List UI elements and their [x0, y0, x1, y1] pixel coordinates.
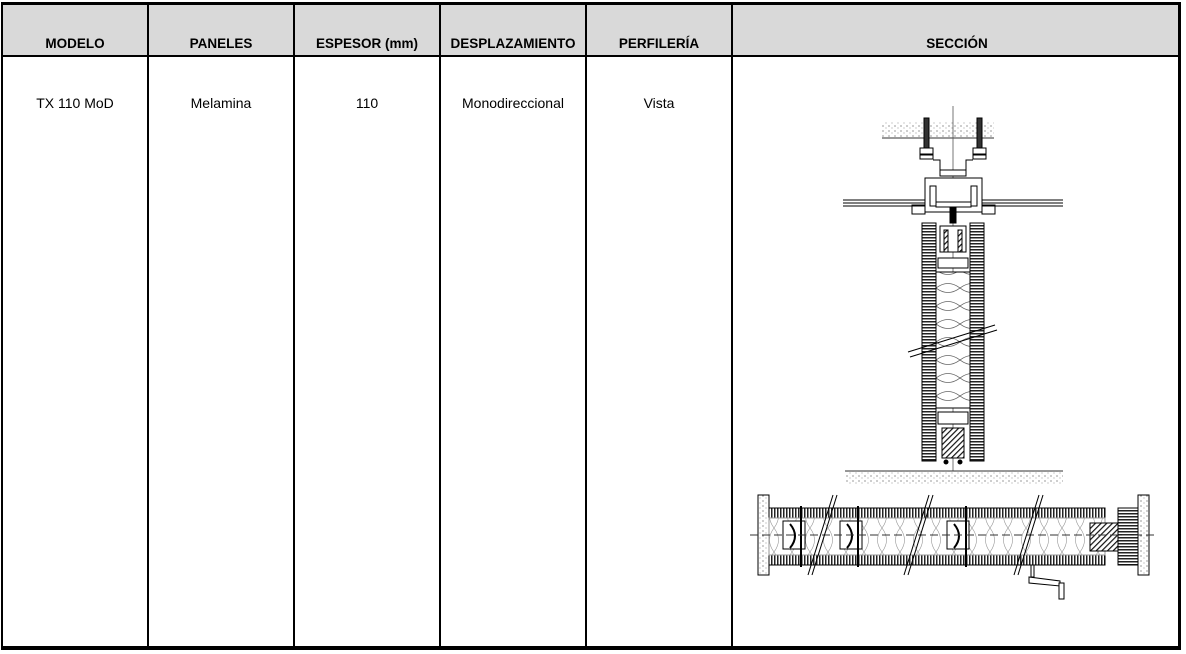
vertical-section — [843, 106, 1063, 485]
spec-table: MODELO PANELES ESPESOR (mm) DESPLAZAMIEN… — [0, 0, 1186, 654]
cell-paneles: Melamina — [149, 94, 293, 112]
header-divider — [3, 55, 1180, 57]
plan-section — [750, 495, 1156, 599]
cell-espesor: 110 — [295, 94, 439, 112]
header-seccion: SECCIÓN — [733, 35, 1181, 53]
cell-desplazamiento: Monodireccional — [441, 94, 585, 112]
header-modelo: MODELO — [3, 35, 147, 53]
header-espesor: ESPESOR (mm) — [295, 35, 439, 53]
header-desplazamiento: DESPLAZAMIENTO — [441, 35, 585, 53]
cell-modelo: TX 110 MoD — [3, 94, 147, 112]
header-perfileria: PERFILERÍA — [587, 35, 731, 53]
column-divider — [731, 5, 733, 646]
crank-handle-icon — [1029, 565, 1064, 599]
section-drawing — [740, 100, 1180, 610]
cell-perfileria: Vista — [587, 94, 731, 112]
header-paneles: PANELES — [149, 35, 293, 53]
